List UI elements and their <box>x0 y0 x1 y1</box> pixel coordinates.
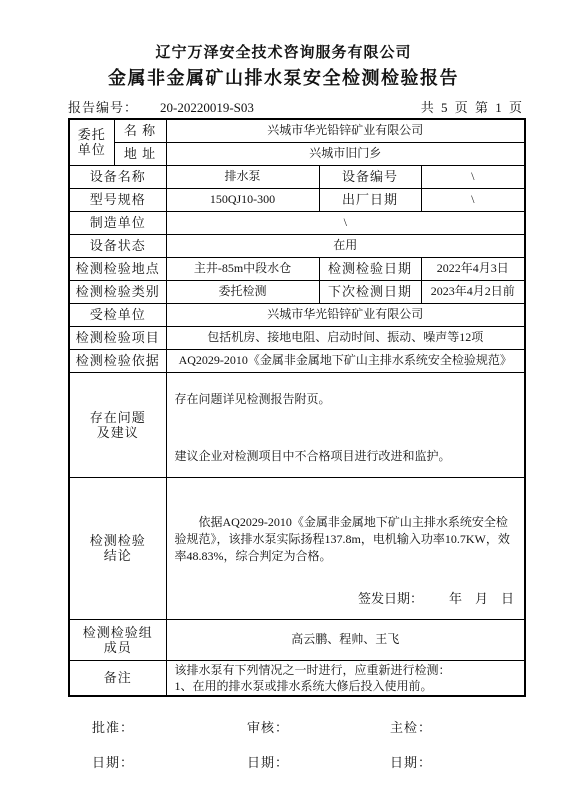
location-label: 检测检验地点 <box>69 257 166 280</box>
team-value: 高云鹏、程帅、王飞 <box>166 619 525 660</box>
remark-cell: 该排水泵有下列情况之一时进行，应重新进行检测： 1、在用的排水泵或排水系统大修后… <box>166 660 525 696</box>
next-date-value: 2023年4月2日前 <box>421 280 525 303</box>
signature-footer: 批准： 日期： 审核： 日期： 主检： 日期： <box>92 717 567 771</box>
model-label: 型号规格 <box>69 188 166 211</box>
conclusion-cell: 依据AQ2029-2010《金属非金属地下矿山主排水系统安全检验规范》，该排水泵… <box>166 477 525 619</box>
next-date-label: 下次检测日期 <box>319 280 421 303</box>
row-device-name: 设备名称 排水泵 设备编号 \ <box>69 165 525 188</box>
row-remark: 备注 该排水泵有下列情况之一时进行，应重新进行检测： 1、在用的排水泵或排水系统… <box>69 660 525 696</box>
inspected-unit-label: 受检单位 <box>69 303 166 326</box>
device-name-value: 排水泵 <box>166 165 319 188</box>
chief-label: 主检： <box>390 717 432 736</box>
row-category: 检测检验类别 委托检测 下次检测日期 2023年4月2日前 <box>69 280 525 303</box>
company-name: 辽宁万泽安全技术咨询服务有限公司 <box>0 44 567 62</box>
basis-label: 检测检验依据 <box>69 349 166 372</box>
page-info: 共 5 页 第 1 页 <box>421 97 524 116</box>
row-location: 检测检验地点 主井-85m中段水仓 检测检验日期 2022年4月3日 <box>69 257 525 280</box>
report-number-label: 报告编号： <box>68 97 138 116</box>
row-team: 检测检验组 成员 高云鹏、程帅、王飞 <box>69 619 525 660</box>
row-items: 检测检验项目 包括机房、接地电阻、启动时间、振动、噪声等12项 <box>69 326 525 349</box>
row-inspected-unit: 受检单位 兴城市华光铅锌矿业有限公司 <box>69 303 525 326</box>
row-manufacturer: 制造单位 \ <box>69 211 525 234</box>
approve-date-label: 日期： <box>92 752 247 771</box>
sign-date-line: 签发日期： 年 月 日 <box>171 591 515 606</box>
manufacturer-value: \ <box>166 211 525 234</box>
client-name-label: 名 称 <box>114 119 166 142</box>
inspection-form-table: 委托 单位 名 称 兴城市华光铅锌矿业有限公司 地 址 兴城市旧门乡 设备名称 … <box>68 118 526 697</box>
test-date-value: 2022年4月3日 <box>421 257 525 280</box>
category-label: 检测检验类别 <box>69 280 166 303</box>
team-label: 检测检验组 成员 <box>69 619 166 660</box>
approve-block: 批准： 日期： <box>92 717 247 771</box>
remark-label: 备注 <box>69 660 166 696</box>
manufacturer-label: 制造单位 <box>69 211 166 234</box>
chief-date-label: 日期： <box>390 752 432 771</box>
review-block: 审核： 日期： <box>247 717 390 771</box>
factory-date-label: 出厂日期 <box>319 188 421 211</box>
client-group-label: 委托 单位 <box>69 119 114 165</box>
conclusion-label: 检测检验 结论 <box>69 477 166 619</box>
row-issues: 存在问题 及建议 存在问题详见检测报告附页。 建议企业对检测项目中不合格项目进行… <box>69 372 525 477</box>
row-conclusion: 检测检验 结论 依据AQ2029-2010《金属非金属地下矿山主排水系统安全检验… <box>69 477 525 619</box>
remark-text-2: 1、在用的排水泵或排水系统大修后投入使用前。 <box>175 679 521 694</box>
review-label: 审核： <box>247 717 390 736</box>
issues-text-2: 建议企业对检测项目中不合格项目进行改进和监护。 <box>175 449 521 464</box>
issues-text-1: 存在问题详见检测报告附页。 <box>175 392 521 407</box>
status-label: 设备状态 <box>69 234 166 257</box>
client-address-label: 地 址 <box>114 142 166 165</box>
row-client-address: 地 址 兴城市旧门乡 <box>69 142 525 165</box>
status-value: 在用 <box>166 234 525 257</box>
row-model: 型号规格 150QJ10-300 出厂日期 \ <box>69 188 525 211</box>
items-value: 包括机房、接地电阻、启动时间、振动、噪声等12项 <box>166 326 525 349</box>
report-title: 金属非金属矿山排水泵安全检测检验报告 <box>0 67 567 89</box>
conclusion-text: 依据AQ2029-2010《金属非金属地下矿山主排水系统安全检验规范》，该排水泵… <box>175 514 517 565</box>
model-value: 150QJ10-300 <box>166 188 319 211</box>
client-name-value: 兴城市华光铅锌矿业有限公司 <box>166 119 525 142</box>
review-date-label: 日期： <box>247 752 390 771</box>
device-name-label: 设备名称 <box>69 165 166 188</box>
report-number-line: 报告编号： 20-20220019-S03 共 5 页 第 1 页 <box>68 97 524 116</box>
remark-text-1: 该排水泵有下列情况之一时进行，应重新进行检测： <box>175 663 521 678</box>
factory-date-value: \ <box>421 188 525 211</box>
category-value: 委托检测 <box>166 280 319 303</box>
client-address-value: 兴城市旧门乡 <box>166 142 525 165</box>
row-basis: 检测检验依据 AQ2029-2010《金属非金属地下矿山主排水系统安全检验规范》 <box>69 349 525 372</box>
items-label: 检测检验项目 <box>69 326 166 349</box>
issues-cell: 存在问题详见检测报告附页。 建议企业对检测项目中不合格项目进行改进和监护。 <box>166 372 525 477</box>
device-no-value: \ <box>421 165 525 188</box>
report-header: 辽宁万泽安全技术咨询服务有限公司 金属非金属矿山排水泵安全检测检验报告 <box>0 0 567 89</box>
report-number-value: 20-20220019-S03 <box>160 100 254 116</box>
row-client-name: 委托 单位 名 称 兴城市华光铅锌矿业有限公司 <box>69 119 525 142</box>
location-value: 主井-85m中段水仓 <box>166 257 319 280</box>
device-no-label: 设备编号 <box>319 165 421 188</box>
inspected-unit-value: 兴城市华光铅锌矿业有限公司 <box>166 303 525 326</box>
report-page: 辽宁万泽安全技术咨询服务有限公司 金属非金属矿山排水泵安全检测检验报告 报告编号… <box>0 0 567 802</box>
test-date-label: 检测检验日期 <box>319 257 421 280</box>
approve-label: 批准： <box>92 717 247 736</box>
basis-value: AQ2029-2010《金属非金属地下矿山主排水系统安全检验规范》 <box>166 349 525 372</box>
chief-block: 主检： 日期： <box>390 717 432 771</box>
row-status: 设备状态 在用 <box>69 234 525 257</box>
issues-label: 存在问题 及建议 <box>69 372 166 477</box>
